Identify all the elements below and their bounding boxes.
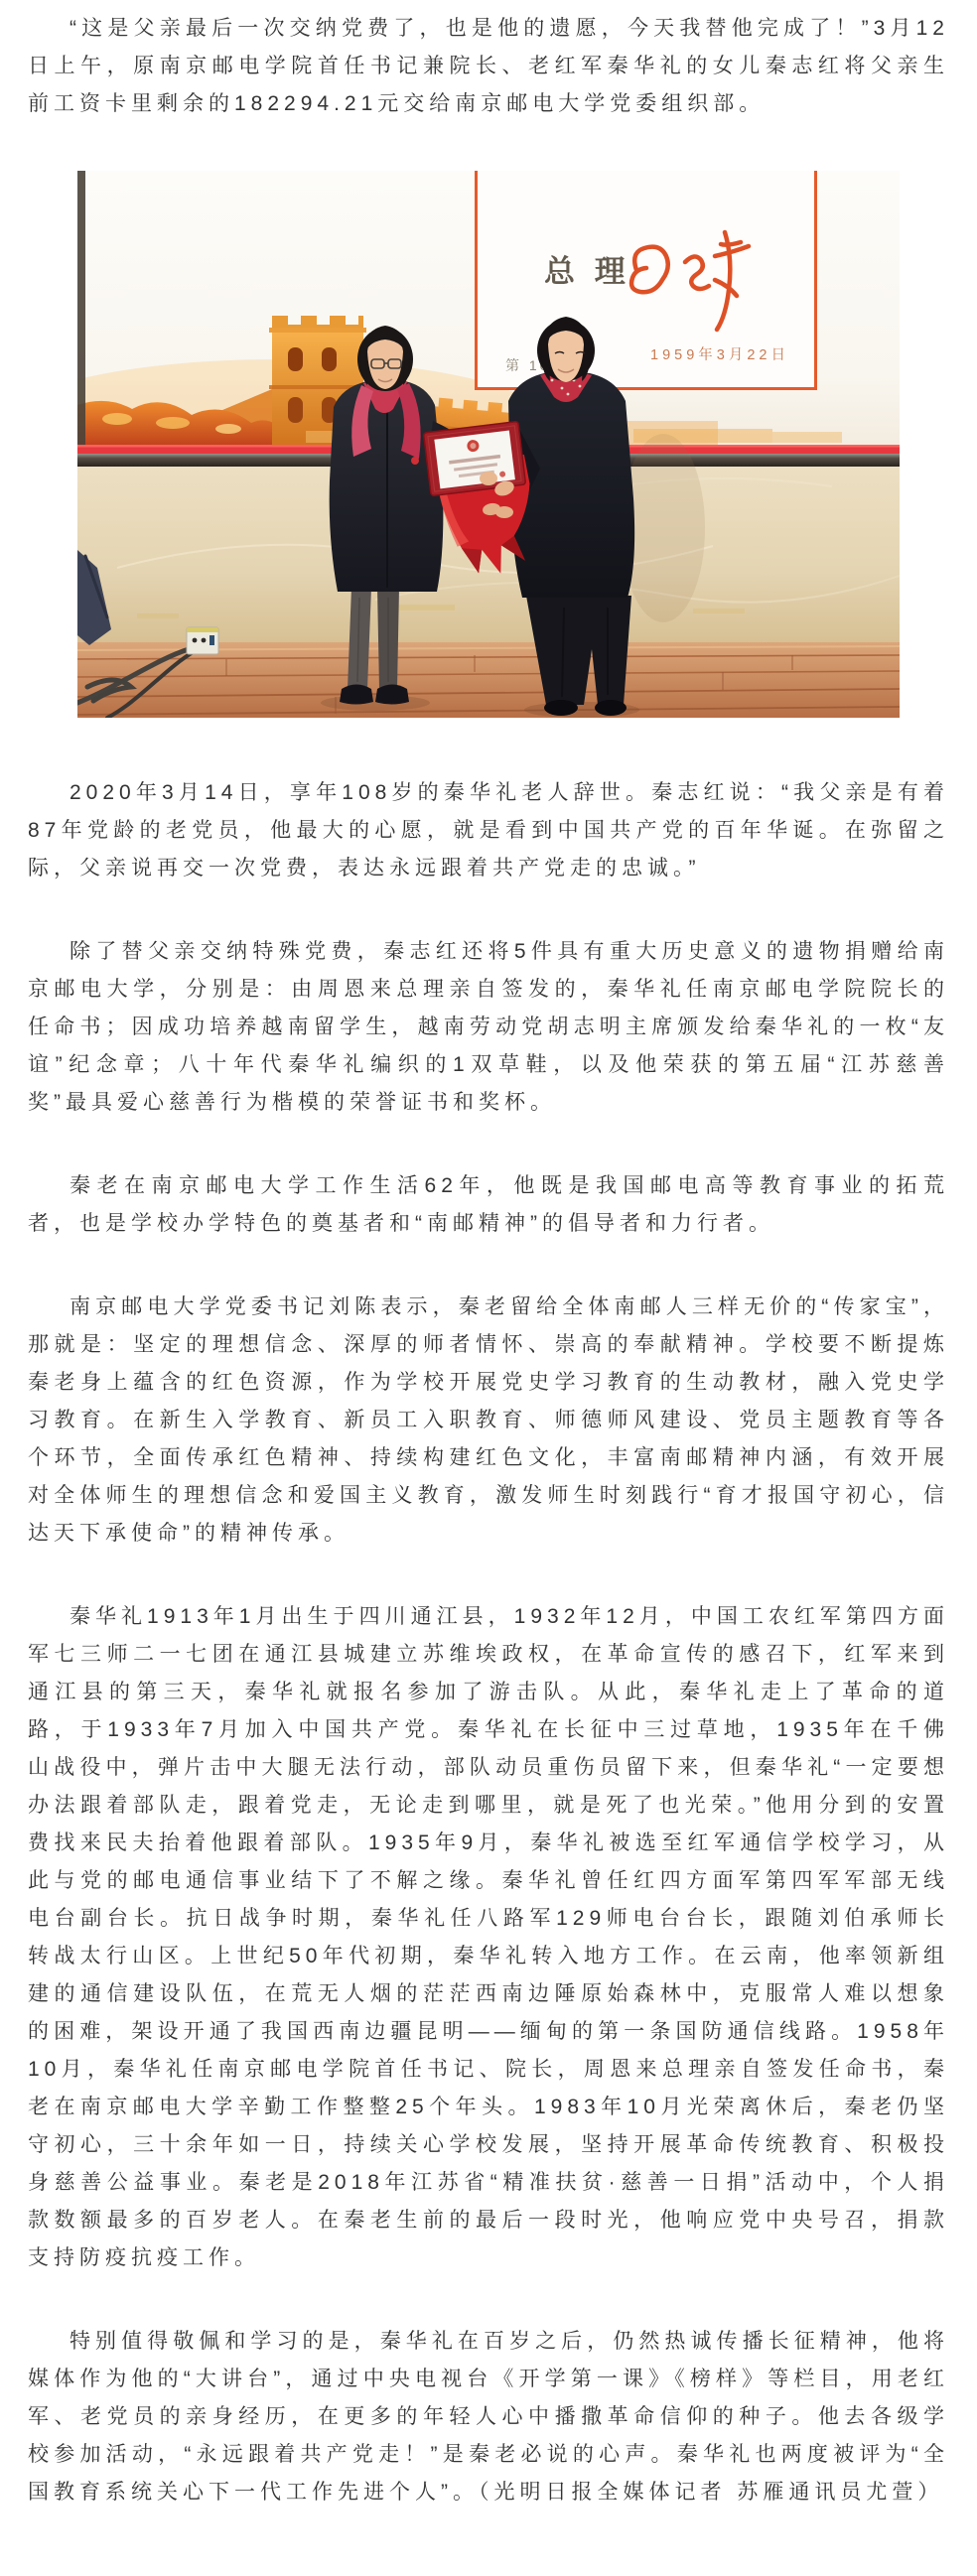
news-photo: 总 理 1959年3月22日 第 10 — [77, 171, 900, 718]
article-paragraph-5: 南京邮电大学党委书记刘陈表示，秦老留给全体南邮人三样无价的“传家宝”，那就是：坚… — [28, 1288, 949, 1553]
appointment-document: 总 理 1959年3月22日 第 10 — [475, 171, 817, 390]
article-paragraph-3: 除了替父亲交纳特殊党费，秦志红还将5件具有重大历史意义的遗物捐赠给南京邮电大学，… — [28, 933, 949, 1122]
article-paragraph-1: “这是父亲最后一次交纳党费了，也是他的遗愿，今天我替他完成了！”3月12日上午，… — [28, 10, 949, 123]
article-paragraph-4: 秦老在南京邮电大学工作生活62年，他既是我国邮电高等教育事业的拓荒者，也是学校办… — [28, 1167, 949, 1243]
floor-shadow-left — [321, 695, 430, 711]
news-photo-graphic: 总 理 1959年3月22日 第 10 — [77, 171, 900, 718]
article-page: “这是父亲最后一次交纳党费了，也是他的遗愿，今天我替他完成了！”3月12日上午，… — [0, 0, 977, 2523]
article-paragraph-7: 特别值得敬佩和学习的是，秦华礼在百岁之后，仍然热诚传播长征精神，他将媒体作为他的… — [28, 2323, 949, 2511]
article-paragraph-2: 2020年3月14日，享年108岁的秦华礼老人辞世。秦志红说：“我父亲是有着87… — [28, 774, 949, 887]
document-date: 1959年3月22日 — [650, 345, 789, 363]
power-outlet — [187, 627, 218, 654]
article-paragraph-6: 秦华礼1913年1月出生于四川通江县，1932年12月，中国工农红军第四方面军七… — [28, 1598, 949, 2277]
premier-label: 总 理 — [544, 254, 631, 289]
